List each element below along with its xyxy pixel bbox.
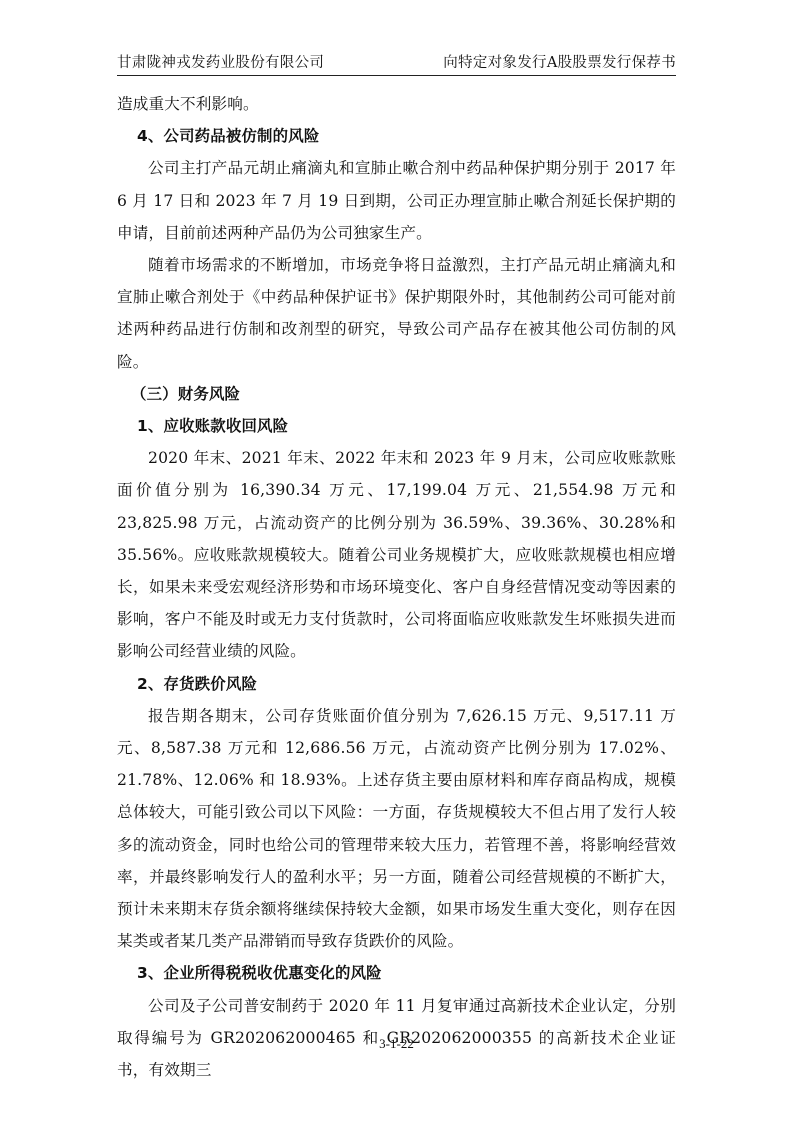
page-number: 3-1-22 bbox=[0, 1036, 793, 1052]
paragraph: 随着市场需求的不断增加，市场竞争将日益激烈，主打产品元胡止痛滴丸和宣肺止嗽合剂处… bbox=[117, 249, 676, 378]
heading-inventory-risk: 2、存货跌价风险 bbox=[117, 668, 676, 700]
header-document-title: 向特定对象发行A股股票发行保荐书 bbox=[443, 53, 676, 73]
page-header: 甘肃陇神戎发药业股份有限公司 向特定对象发行A股股票发行保荐书 bbox=[117, 53, 676, 76]
heading-tax-incentive-risk: 3、企业所得税税收优惠变化的风险 bbox=[117, 957, 676, 989]
heading-financial-risk: （三）财务风险 bbox=[117, 378, 676, 410]
paragraph: 报告期各期末，公司存货账面价值分别为 7,626.15 万元、9,517.11 … bbox=[117, 700, 676, 958]
header-company-name: 甘肃陇神戎发药业股份有限公司 bbox=[117, 53, 324, 73]
heading-receivables-risk: 1、应收账款收回风险 bbox=[117, 410, 676, 442]
page-content: 造成重大不利影响。 4、公司药品被仿制的风险 公司主打产品元胡止痛滴丸和宣肺止嗽… bbox=[117, 88, 676, 1086]
paragraph: 公司主打产品元胡止痛滴丸和宣肺止嗽合剂中药品种保护期分别于 2017 年 6 月… bbox=[117, 152, 676, 249]
paragraph: 2020 年末、2021 年末、2022 年末和 2023 年 9 月末，公司应… bbox=[117, 442, 676, 667]
continuation-text: 造成重大不利影响。 bbox=[117, 88, 676, 120]
heading-drug-imitation-risk: 4、公司药品被仿制的风险 bbox=[117, 120, 676, 152]
